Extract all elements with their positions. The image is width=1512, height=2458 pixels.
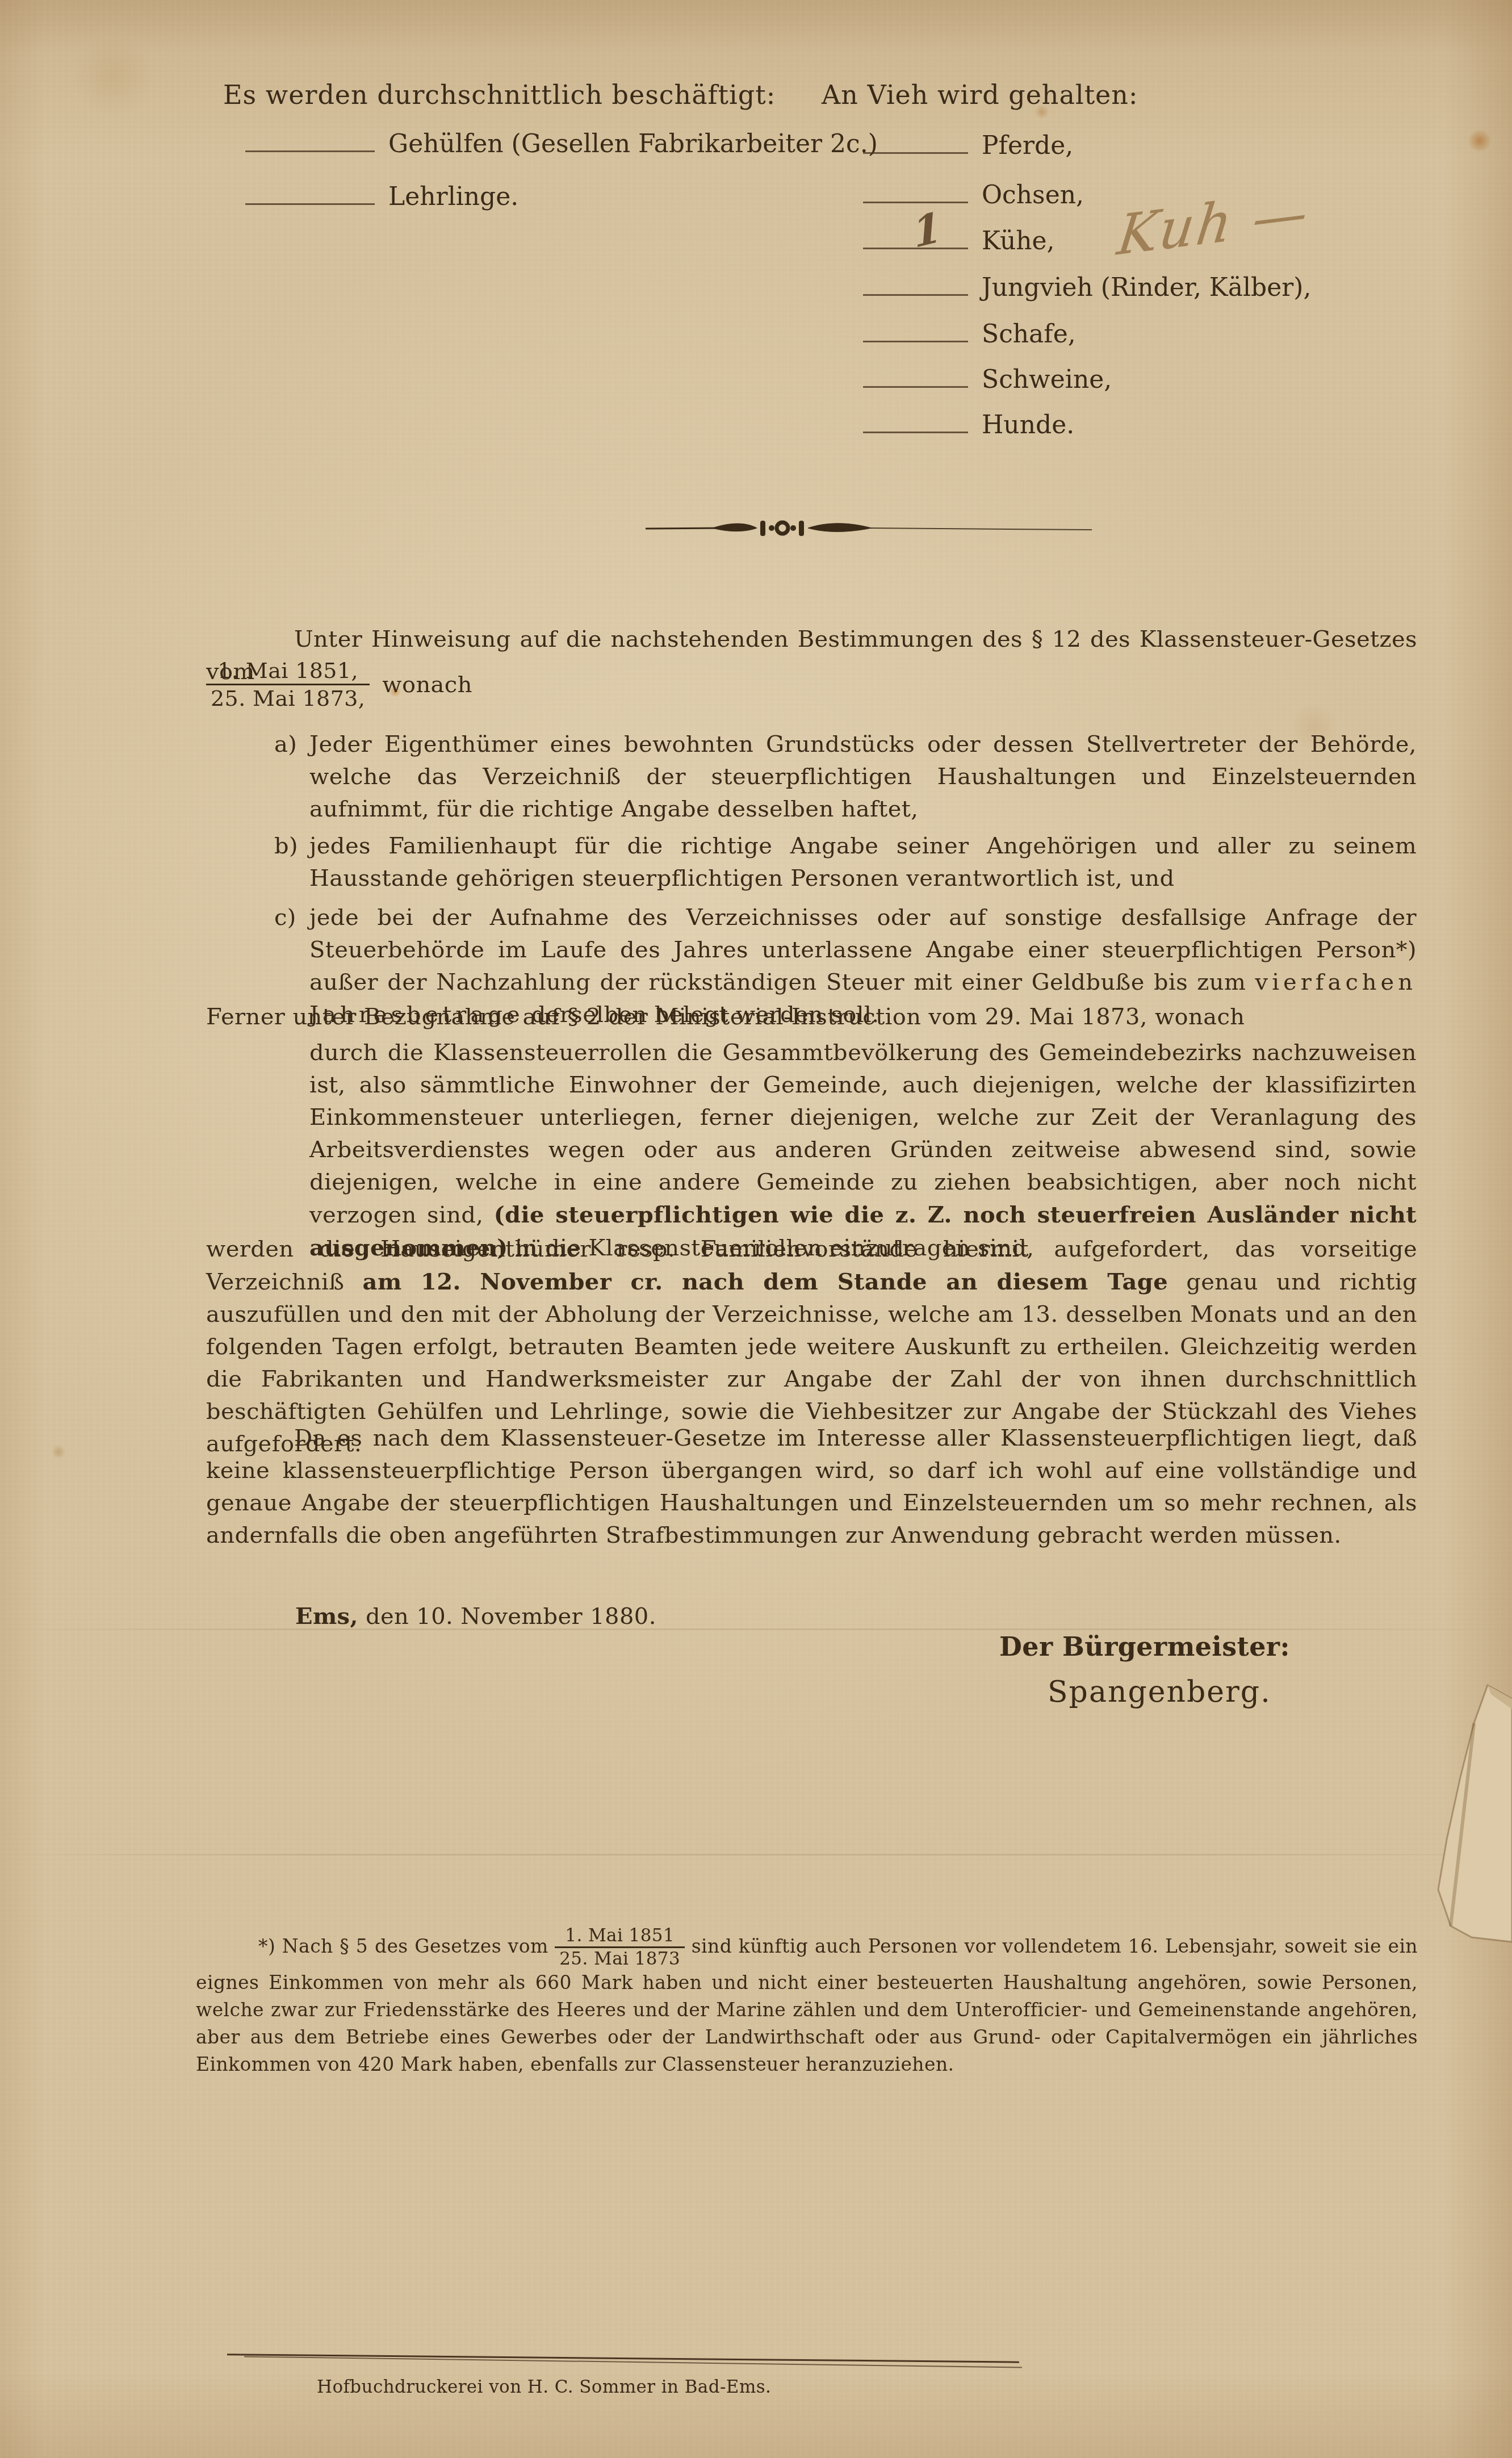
intro-tail: wonach — [382, 669, 472, 701]
fraction-top: 1. Mai 1851 — [560, 1926, 679, 1946]
fraction-bottom: 25. Mai 1873 — [555, 1946, 685, 1970]
row-label: Schweine, — [982, 365, 1112, 394]
paragraph-closing: Da es nach dem Klassensteuer-Gesetze im … — [206, 1422, 1417, 1552]
ferner-line: Ferner unter Bezugnahme auf § 2 der Mini… — [206, 1001, 1245, 1033]
foxing-spot — [51, 1445, 66, 1459]
place-name: Ems, — [295, 1603, 358, 1630]
place-date-line: Ems, den 10. November 1880. — [295, 1600, 656, 1633]
row-label: Pferde, — [982, 131, 1073, 160]
write-in-line — [245, 181, 375, 205]
employment-heading: Es werden durchschnittlich beschäftigt: — [223, 79, 776, 110]
row-label: Ochsen, — [982, 181, 1084, 210]
paper-patch — [1419, 1669, 1512, 1953]
row-label: Schafe, — [982, 320, 1076, 349]
foxing-spot — [1468, 129, 1492, 152]
employment-row: Lehrlinge. — [245, 181, 518, 211]
clause-b: b) jedes Familienhaupt für die richtige … — [309, 830, 1417, 895]
foxing-spot — [68, 40, 159, 114]
livestock-heading: An Vieh wird gehalten: — [822, 79, 1138, 110]
write-in-line — [863, 318, 968, 342]
write-in-line — [245, 128, 375, 152]
livestock-row: Schweine, — [863, 363, 1112, 394]
row-label: Gehülfen (Gesellen Fabrikarbeiter 2c.) — [388, 129, 878, 158]
employment-row: Gehülfen (Gesellen Fabrikarbeiter 2c.) — [245, 128, 878, 158]
fraction-top: 1. Mai 1851, — [213, 659, 363, 684]
intro-fraction-row: 1. Mai 1851, 25. Mai 1873, wonach — [206, 659, 717, 711]
crease-line — [0, 1628, 1512, 1630]
crease-line — [0, 1854, 1512, 1856]
clause-marker: b) — [274, 830, 298, 862]
footnote-marker: *) — [258, 1935, 275, 1957]
row-label: Hunde. — [982, 411, 1074, 439]
clause-text: Jeder Eigenthümer eines bewohnten Grunds… — [309, 731, 1417, 822]
imprint-text: Hofbuchdruckerei von H. C. Sommer in Bad… — [317, 2371, 771, 2403]
row-label: Lehrlinge. — [388, 182, 518, 211]
clause-marker: a) — [274, 728, 297, 761]
livestock-row: Jungvieh (Rinder, Kälber), — [863, 271, 1311, 302]
write-in-line — [863, 129, 968, 154]
footnote-fraction: 1. Mai 1851 25. Mai 1873 — [555, 1926, 685, 1969]
date-fraction: 1. Mai 1851, 25. Mai 1873, — [206, 659, 370, 711]
clause-marker: c) — [274, 902, 296, 934]
livestock-row: Ochsen, — [863, 179, 1084, 210]
clause-text: jedes Familienhaupt für die richtige Ang… — [309, 833, 1417, 891]
fraction-bottom: 25. Mai 1873, — [206, 684, 370, 711]
row-label: Jungvieh (Rinder, Kälber), — [982, 273, 1311, 302]
signature-name: Spangenberg. — [1048, 1676, 1271, 1709]
paragraph-inserted: durch die Klassensteuerrollen die Gesamm… — [309, 1037, 1417, 1264]
scanned-document-page: Es werden durchschnittlich beschäftigt: … — [0, 0, 1512, 2458]
livestock-row: Hunde. — [863, 409, 1074, 439]
write-in-line — [863, 179, 968, 203]
write-in-line — [863, 409, 968, 433]
clause-a: a) Jeder Eigenthümer eines bewohnten Gru… — [309, 728, 1417, 826]
livestock-row: Schafe, — [863, 318, 1076, 349]
date-text: den 10. November 1880. — [358, 1603, 656, 1630]
livestock-row: Pferde, — [863, 129, 1073, 160]
handwritten-note: Kuh — — [1114, 179, 1313, 268]
write-in-line — [863, 271, 968, 296]
signature-title: Der Bürgermeister: — [999, 1631, 1290, 1663]
footnote-text-before: Nach § 5 des Gesetzes vom — [275, 1935, 555, 1957]
footnote: *) Nach § 5 des Gesetzes vom 1. Mai 1851… — [196, 1926, 1418, 2078]
write-in-line — [863, 363, 968, 388]
row-label: Kühe, — [982, 227, 1055, 256]
livestock-row: Kühe, — [863, 225, 1055, 256]
section-divider-ornament — [644, 514, 1093, 542]
write-in-line — [863, 225, 968, 249]
